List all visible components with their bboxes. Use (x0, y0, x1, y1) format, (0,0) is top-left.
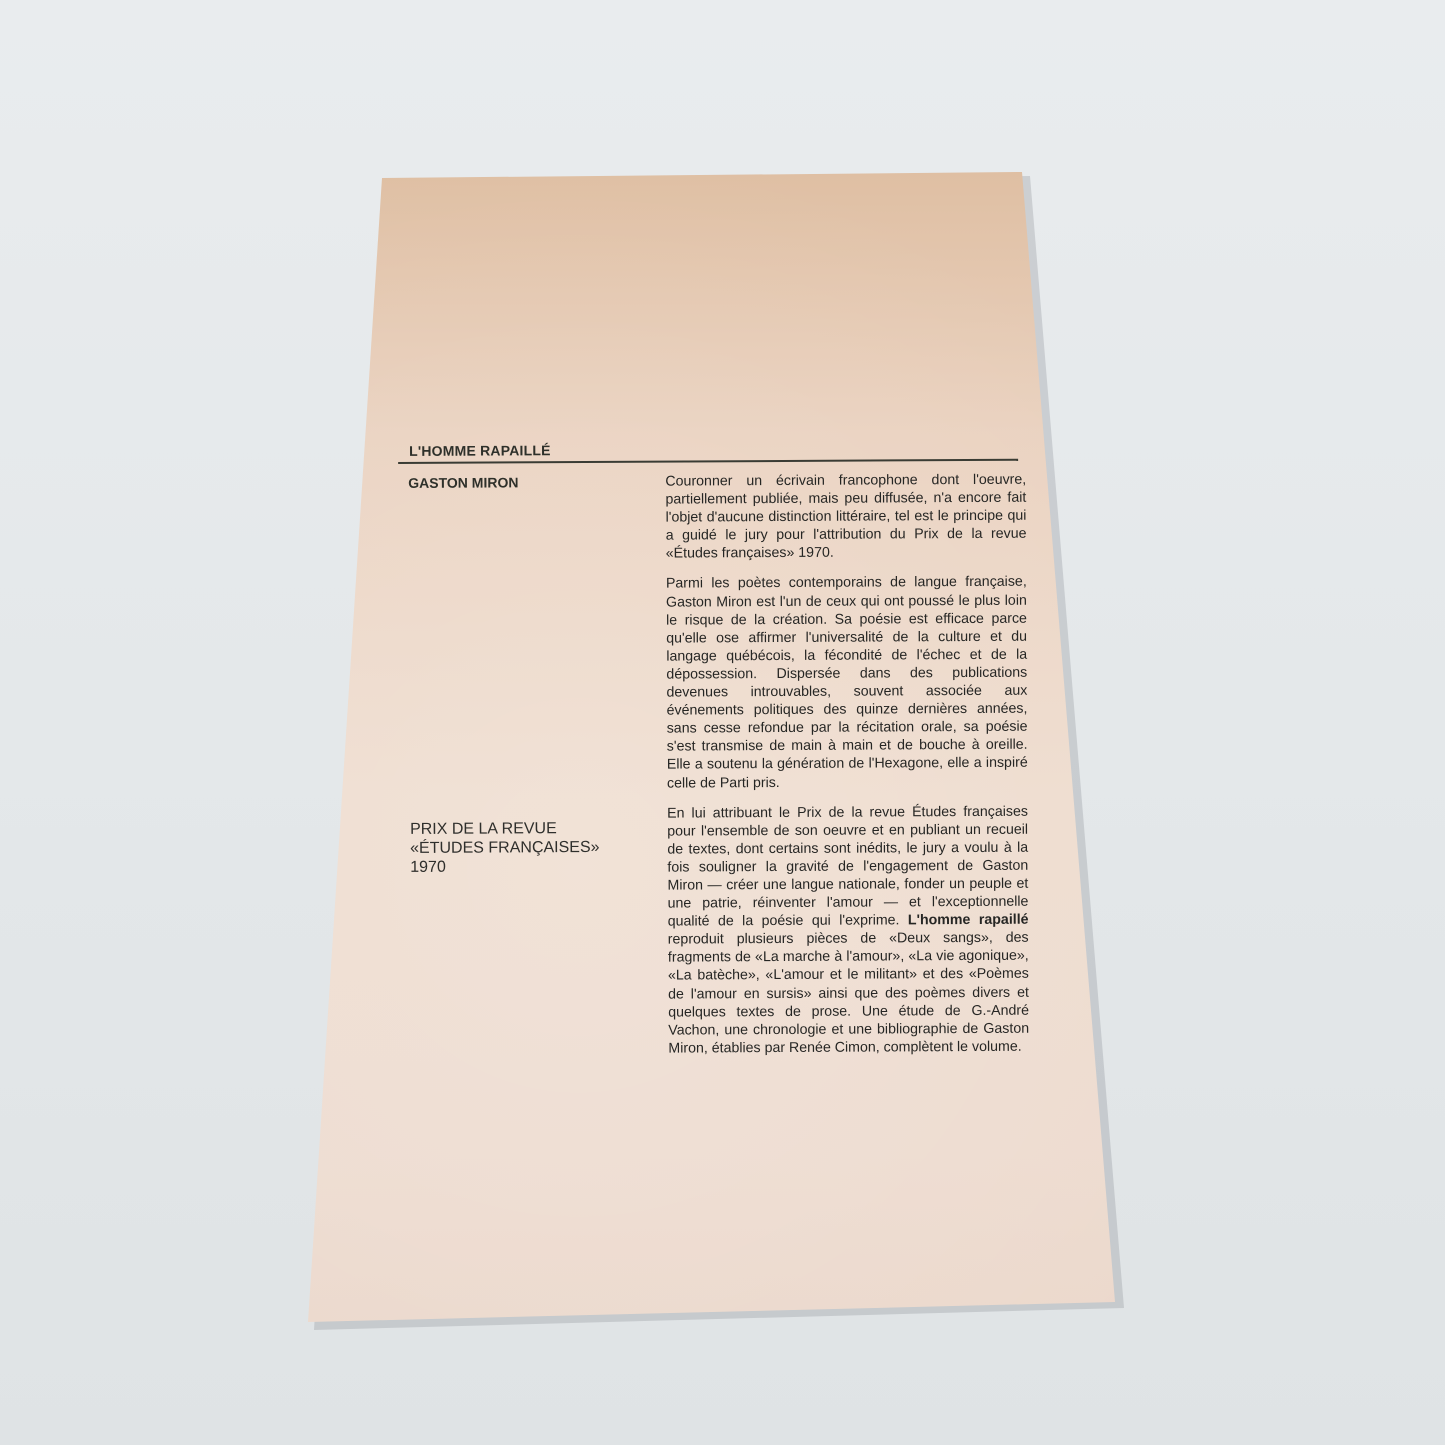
book-title: L'HOMME RAPAILLÉ (409, 437, 1026, 462)
blurb-paragraph-2: Parmi les poètes contemporains de langue… (666, 573, 1028, 792)
blurb-text: En lui attribuant le Prix de la revue Ét… (667, 803, 1028, 929)
text-columns: GASTON MIRON PRIX DE LA REVUE «ÉTUDES FR… (396, 471, 1029, 1071)
book-title-inline: L'homme rapaillé (908, 912, 1029, 929)
prize-line-2: «ÉTUDES FRANÇAISES» (410, 838, 667, 858)
author-name: GASTON MIRON (408, 473, 665, 492)
prize-line-3: 1970 (410, 857, 667, 877)
blurb-text: reproduit plusieurs pièces de «Deux sang… (668, 930, 1029, 1056)
cover-text-block: L'HOMME RAPAILLÉ GASTON MIRON PRIX DE LA… (396, 437, 1029, 1071)
blurb-paragraph-1: Couronner un écrivain francophone dont l… (665, 471, 1026, 563)
blurb-paragraph-3: En lui attribuant le Prix de la revue Ét… (667, 802, 1029, 1057)
blurb-column: Couronner un écrivain francophone dont l… (665, 471, 1029, 1070)
left-column: GASTON MIRON PRIX DE LA REVUE «ÉTUDES FR… (396, 473, 668, 1071)
prize-label: PRIX DE LA REVUE «ÉTUDES FRANÇAISES» 197… (410, 819, 667, 877)
prize-line-1: PRIX DE LA REVUE (410, 819, 667, 839)
